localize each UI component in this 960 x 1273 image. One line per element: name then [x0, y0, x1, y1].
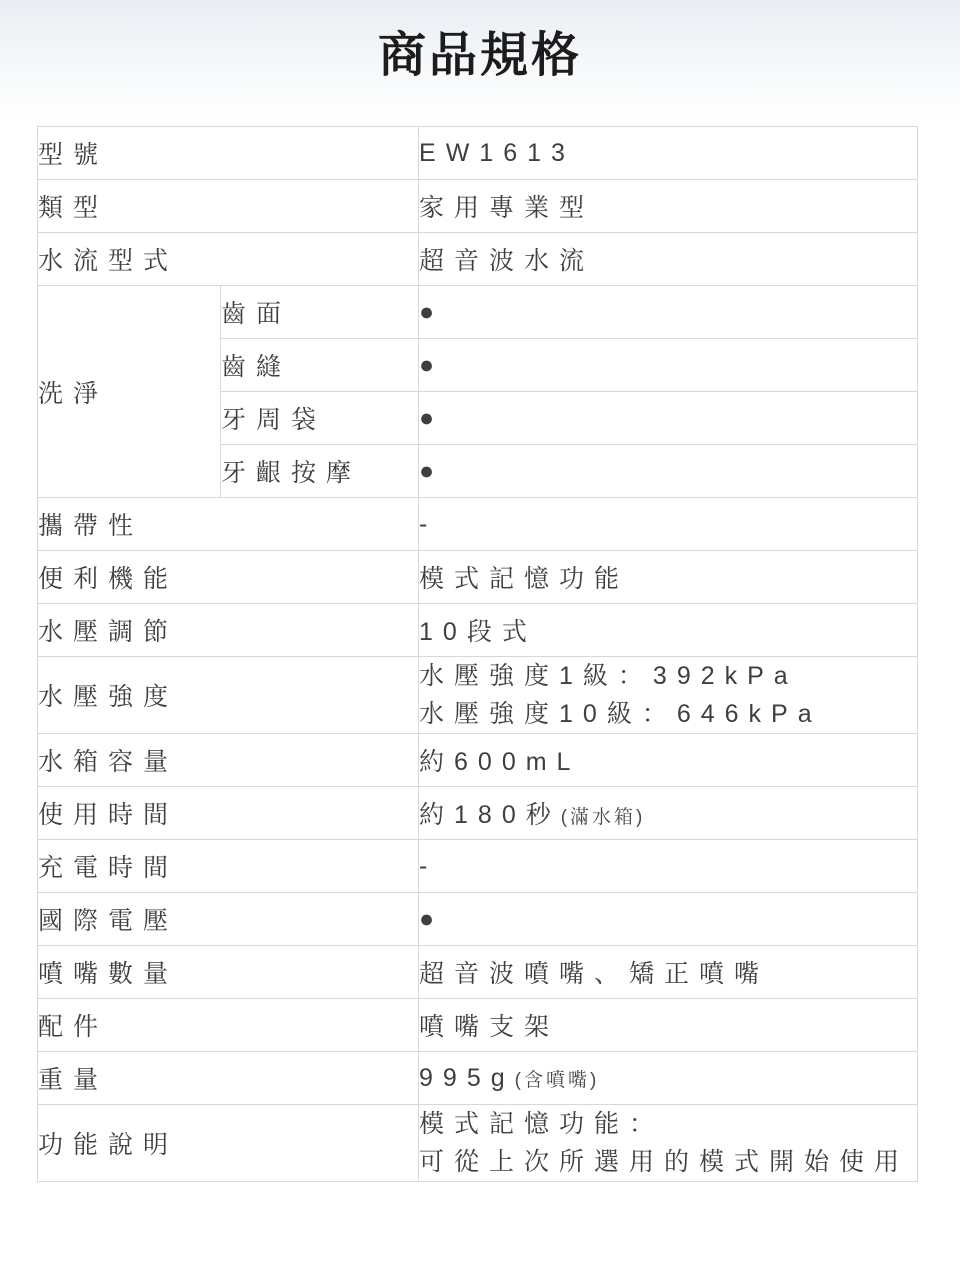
spec-label: 配件	[38, 999, 419, 1052]
spec-label: 功能說明	[38, 1105, 419, 1182]
spec-value: 模式記憶功能	[419, 551, 918, 604]
spec-value-note: (滿水箱)	[561, 807, 646, 828]
spec-label: 攜帶性	[38, 498, 419, 551]
table-row-pressure-strength: 水壓強度 水壓強度1級：392kPa 水壓強度10級：646kPa	[38, 657, 918, 734]
table-row-function-description: 功能說明 模式記憶功能： 可從上次所選用的模式開始使用	[38, 1105, 918, 1182]
spec-value: 水壓強度1級：392kPa 水壓強度10級：646kPa	[419, 657, 918, 734]
spec-table: 型號 EW1613 類型 家用專業型 水流型式 超音波水流 洗淨 齒面 ● 齒縫…	[37, 126, 918, 1182]
spec-label: 便利機能	[38, 551, 419, 604]
spec-value: 約600mL	[419, 734, 918, 787]
table-row-type: 類型 家用專業型	[38, 180, 918, 233]
spec-value: 超音波水流	[419, 233, 918, 286]
spec-value-line2: 可從上次所選用的模式開始使用	[419, 1143, 917, 1181]
table-row-tank-capacity: 水箱容量 約600mL	[38, 734, 918, 787]
spec-label: 型號	[38, 127, 419, 180]
spec-value: 995g(含噴嘴)	[419, 1052, 918, 1105]
spec-value-line1: 水壓強度1級：392kPa	[419, 657, 917, 695]
filled-circle-indicator: ●	[419, 893, 918, 946]
spec-label: 水壓強度	[38, 657, 419, 734]
spec-label: 水壓調節	[38, 604, 419, 657]
spec-sublabel: 牙周袋	[221, 392, 419, 445]
table-row-convenience: 便利機能 模式記憶功能	[38, 551, 918, 604]
spec-label: 重量	[38, 1052, 419, 1105]
filled-circle-indicator: ●	[419, 392, 918, 445]
spec-value-line2: 水壓強度10級：646kPa	[419, 695, 917, 733]
page-header: 商品規格	[0, 0, 960, 86]
spec-label: 充電時間	[38, 840, 419, 893]
table-row-clean-tooth-surface: 洗淨 齒面 ●	[38, 286, 918, 339]
spec-value: EW1613	[419, 127, 918, 180]
filled-circle-indicator: ●	[419, 286, 918, 339]
spec-label: 水流型式	[38, 233, 419, 286]
filled-circle-indicator: ●	[419, 445, 918, 498]
spec-value: 模式記憶功能： 可從上次所選用的模式開始使用	[419, 1105, 918, 1182]
spec-label: 噴嘴數量	[38, 946, 419, 999]
spec-sublabel: 牙齦按摩	[221, 445, 419, 498]
table-row-charge-time: 充電時間 -	[38, 840, 918, 893]
spec-value-note: (含噴嘴)	[515, 1070, 600, 1091]
spec-group-label: 洗淨	[38, 286, 221, 498]
spec-value: -	[419, 840, 918, 893]
table-row-portability: 攜帶性 -	[38, 498, 918, 551]
spec-value: 10段式	[419, 604, 918, 657]
spec-label: 水箱容量	[38, 734, 419, 787]
spec-value: 超音波噴嘴、矯正噴嘴	[419, 946, 918, 999]
filled-circle-indicator: ●	[419, 339, 918, 392]
spec-label: 類型	[38, 180, 419, 233]
table-row-nozzle-count: 噴嘴數量 超音波噴嘴、矯正噴嘴	[38, 946, 918, 999]
spec-label: 國際電壓	[38, 893, 419, 946]
table-row-weight: 重量 995g(含噴嘴)	[38, 1052, 918, 1105]
spec-sublabel: 齒面	[221, 286, 419, 339]
spec-value-main: 995g	[419, 1064, 515, 1092]
page-title: 商品規格	[0, 26, 960, 86]
spec-value: -	[419, 498, 918, 551]
spec-value: 噴嘴支架	[419, 999, 918, 1052]
spec-value-line1: 模式記憶功能：	[419, 1105, 917, 1143]
table-row-water-flow: 水流型式 超音波水流	[38, 233, 918, 286]
table-row-model: 型號 EW1613	[38, 127, 918, 180]
table-row-pressure-adjust: 水壓調節 10段式	[38, 604, 918, 657]
spec-value: 約180秒(滿水箱)	[419, 787, 918, 840]
table-row-usage-time: 使用時間 約180秒(滿水箱)	[38, 787, 918, 840]
spec-value: 家用專業型	[419, 180, 918, 233]
spec-sublabel: 齒縫	[221, 339, 419, 392]
table-row-international-voltage: 國際電壓 ●	[38, 893, 918, 946]
spec-label: 使用時間	[38, 787, 419, 840]
table-row-accessories: 配件 噴嘴支架	[38, 999, 918, 1052]
spec-value-main: 約180秒	[419, 801, 561, 829]
